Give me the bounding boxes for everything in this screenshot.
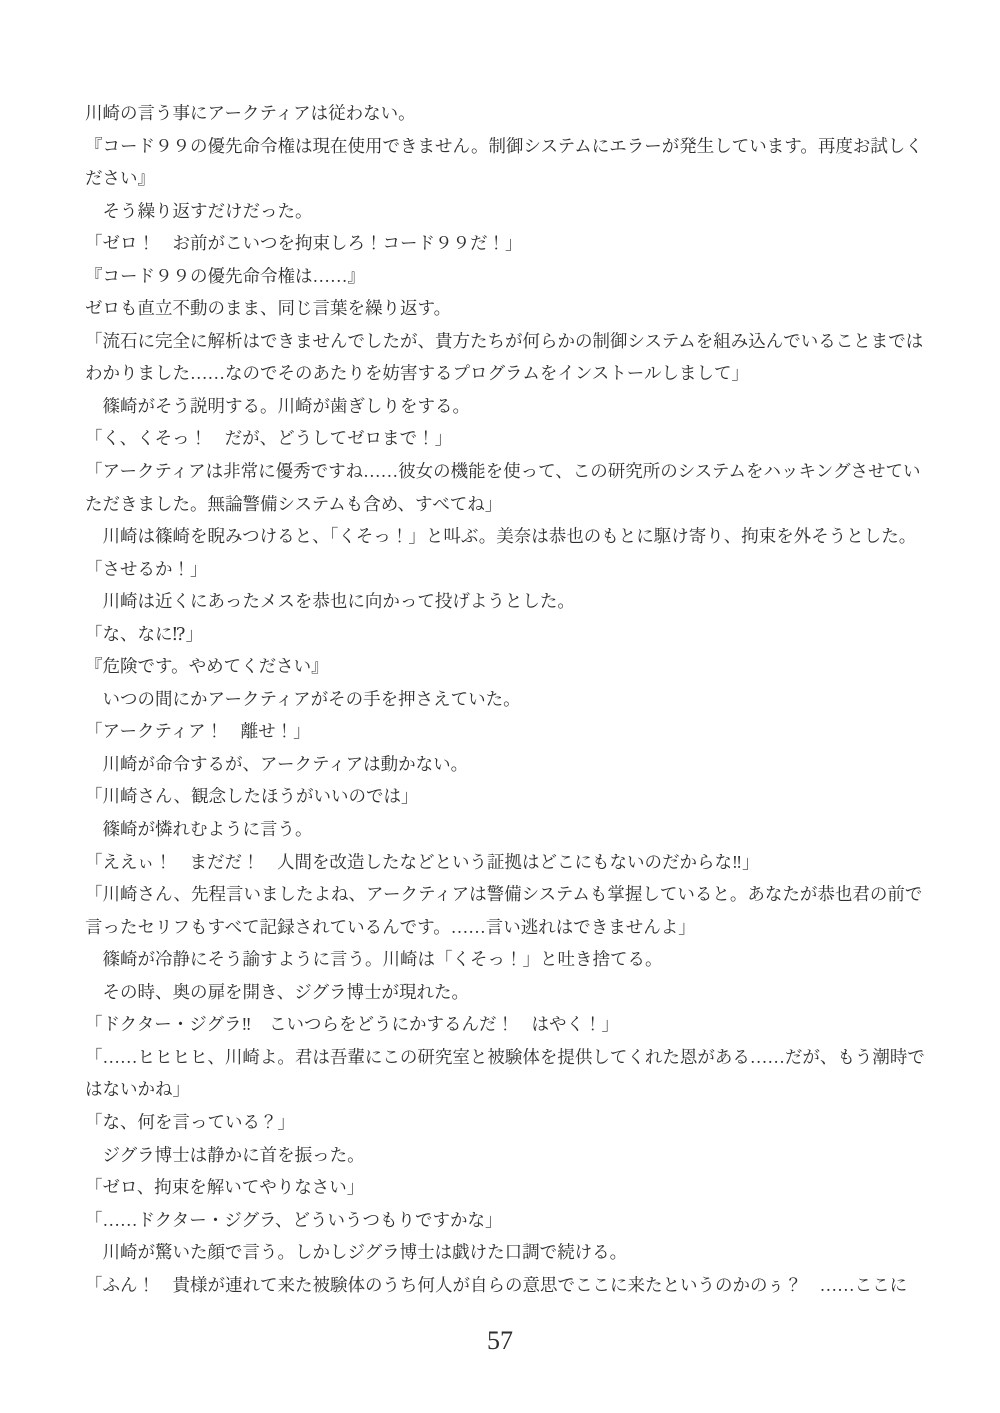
text-line: 「ゼロ！ お前がこいつを拘束しろ！コード９９だ！」 (85, 227, 930, 260)
text-line: その時、奥の扉を開き、ジグラ博士が現れた。 (85, 976, 930, 1009)
text-line: 言ったセリフもすべて記録されているんです。……言い逃れはできませんよ」 (85, 911, 930, 944)
text-line: 篠崎がそう説明する。川崎が歯ぎしりをする。 (85, 390, 930, 423)
text-line: 川崎の言う事にアークティアは従わない。 (85, 97, 930, 130)
text-line: 「……ヒヒヒヒ、川崎よ。君は吾輩にこの研究室と被験体を提供してくれた恩がある……… (85, 1041, 930, 1074)
text-line: 「く、くそっ！ だが、どうしてゼロまで！」 (85, 422, 930, 455)
text-line: 篠崎が冷静にそう諭すように言う。川崎は「くそっ！」と吐き捨てる。 (85, 943, 930, 976)
text-line: 「……ドクター・ジグラ、どういうつもりですかな」 (85, 1204, 930, 1237)
text-line: 「流石に完全に解析はできませんでしたが、貴方たちが何らかの制御システムを組み込ん… (85, 325, 930, 358)
text-line: いつの間にかアークティアがその手を押さえていた。 (85, 683, 930, 716)
text-line: 「な、なに⁉」 (85, 618, 930, 651)
text-line: 「ええぃ！ まだだ！ 人間を改造したなどという証拠はどこにもないのだからな‼」 (85, 846, 930, 879)
text-line: わかりました……なのでそのあたりを妨害するプログラムをインストールしまして」 (85, 357, 930, 390)
text-line: 「ふん！ 貴様が連れて来た被験体のうち何人が自らの意思でここに来たというのかのぅ… (85, 1269, 930, 1302)
text-line: 篠崎が憐れむように言う。 (85, 813, 930, 846)
text-line: 「ドクター・ジグラ‼ こいつらをどうにかするんだ！ はやく！」 (85, 1008, 930, 1041)
novel-page: 川崎の言う事にアークティアは従わない。『コード９９の優先命令権は現在使用できませ… (0, 0, 1000, 1413)
text-line: 「川崎さん、先程言いましたよね、アークティアは警備システムも掌握していると。あな… (85, 878, 930, 911)
text-line: 『危険です。やめてください』 (85, 650, 930, 683)
text-line: 「アークティアは非常に優秀ですね……彼女の機能を使って、この研究所のシステムをハ… (85, 455, 930, 488)
text-line: 『コード９９の優先命令権は……』 (85, 260, 930, 293)
text-line: 「ゼロ、拘束を解いてやりなさい」 (85, 1171, 930, 1204)
text-line: 「な、何を言っている？」 (85, 1106, 930, 1139)
text-line: 『コード９９の優先命令権は現在使用できません。制御システムにエラーが発生していま… (85, 130, 930, 163)
text-line: 川崎が命令するが、アークティアは動かない。 (85, 748, 930, 781)
text-line: 川崎は近くにあったメスを恭也に向かって投げようとした。 (85, 585, 930, 618)
text-line: 「アークティア！ 離せ！」 (85, 715, 930, 748)
text-line: ゼロも直立不動のまま、同じ言葉を繰り返す。 (85, 292, 930, 325)
text-line: 川崎が驚いた顔で言う。しかしジグラ博士は戯けた口調で続ける。 (85, 1236, 930, 1269)
text-line: 川崎は篠崎を睨みつけると、「くそっ！」と叫ぶ。美奈は恭也のもとに駆け寄り、拘束を… (85, 520, 930, 553)
text-line: 「させるか！」 (85, 553, 930, 586)
page-number: 57 (0, 1326, 1000, 1356)
text-line: ジグラ博士は静かに首を振った。 (85, 1139, 930, 1172)
text-line: はないかね」 (85, 1073, 930, 1106)
text-body: 川崎の言う事にアークティアは従わない。『コード９９の優先命令権は現在使用できませ… (85, 97, 930, 1301)
text-line: そう繰り返すだけだった。 (85, 195, 930, 228)
text-line: 「川崎さん、観念したほうがいいのでは」 (85, 780, 930, 813)
text-line: ださい』 (85, 162, 930, 195)
text-line: ただきました。無論警備システムも含め、すべてね」 (85, 488, 930, 521)
